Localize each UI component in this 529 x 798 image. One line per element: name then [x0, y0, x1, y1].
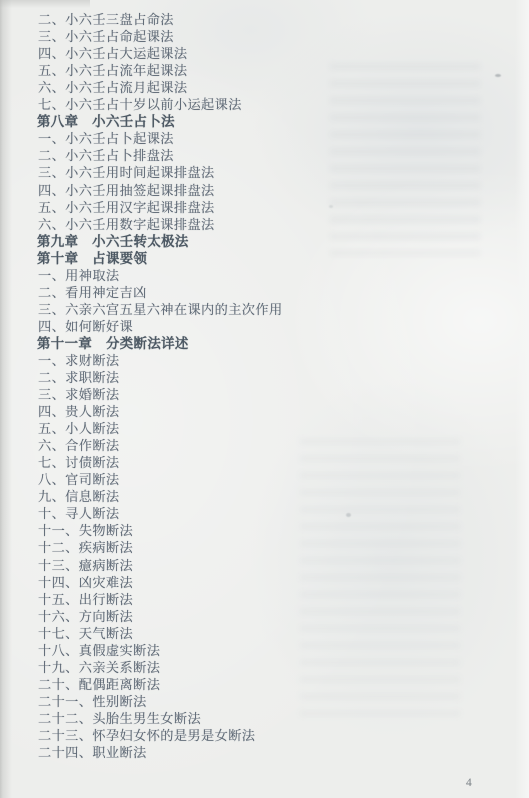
scan-speck — [495, 74, 501, 77]
toc-line: 一、小六壬占卜起课法 — [38, 129, 283, 146]
page-number: 4 — [466, 777, 472, 789]
toc-line: 十四、凶灾难法 — [38, 573, 283, 590]
toc-line: 十二、疾病断法 — [38, 538, 283, 555]
toc-list: 二、小六壬三盘占命法三、小六壬占命起课法四、小六壬占大运起课法五、小六壬占流年起… — [38, 10, 283, 760]
toc-line: 十七、天气断法 — [38, 624, 283, 641]
chapter-heading: 第十一章 分类断法详述 — [37, 334, 283, 351]
toc-line: 十一、失物断法 — [38, 521, 283, 538]
toc-line: 三、求婚断法 — [38, 385, 283, 402]
toc-line: 二十四、职业断法 — [38, 743, 283, 760]
toc-line: 二、求职断法 — [38, 368, 283, 385]
toc-line: 七、小六壬占十岁以前小运起课法 — [38, 95, 283, 112]
toc-line: 四、小六壬占大运起课法 — [38, 44, 283, 61]
toc-line: 十九、六亲关系断法 — [38, 658, 283, 675]
toc-line: 二十一、性别断法 — [38, 692, 283, 709]
scan-speck — [346, 513, 351, 517]
toc-line: 十五、出行断法 — [38, 590, 283, 607]
toc-line: 二、看用神定吉凶 — [38, 283, 283, 300]
toc-line: 六、小六壬用数字起课排盘法 — [38, 215, 283, 232]
page-left-edge-shadow — [0, 0, 12, 798]
scan-speck — [329, 205, 333, 208]
toc-line: 七、讨债断法 — [38, 453, 283, 470]
toc-line: 六、小六壬占流月起课法 — [38, 78, 283, 95]
toc-line: 三、小六壬占命起课法 — [38, 27, 283, 44]
toc-line: 九、信息断法 — [38, 487, 283, 504]
toc-line: 五、小六壬占流年起课法 — [38, 61, 283, 78]
toc-line: 二、小六壬占卜排盘法 — [38, 146, 283, 163]
toc-line: 十八、真假虚实断法 — [38, 641, 283, 658]
page-right-edge-highlight — [515, 0, 529, 798]
toc-line: 八、官司断法 — [38, 470, 283, 487]
toc-line: 十六、方向断法 — [38, 607, 283, 624]
scanned-book-page: 二、小六壬三盘占命法三、小六壬占命起课法四、小六壬占大运起课法五、小六壬占流年起… — [0, 0, 529, 798]
toc-line: 四、贵人断法 — [38, 402, 283, 419]
toc-line: 二十、配偶距离断法 — [38, 675, 283, 692]
toc-line: 十三、癔病断法 — [38, 556, 283, 573]
reverse-page-bleed-through — [300, 430, 460, 720]
toc-line: 四、小六壬用抽签起课排盘法 — [38, 180, 283, 197]
toc-line: 一、求财断法 — [38, 351, 283, 368]
toc-line: 三、六亲六宫五星六神在课内的主次作用 — [38, 300, 283, 317]
toc-line: 五、小人断法 — [38, 419, 283, 436]
toc-line: 四、如何断好课 — [38, 317, 283, 334]
toc-line: 二十三、怀孕妇女怀的是男是女断法 — [38, 726, 283, 743]
chapter-heading: 第九章 小六壬转太极法 — [37, 232, 283, 249]
toc-line: 一、用神取法 — [38, 266, 283, 283]
toc-line: 五、小六壬用汉字起课排盘法 — [38, 198, 283, 215]
toc-line: 二、小六壬三盘占命法 — [38, 10, 283, 27]
toc-line: 三、小六壬用时间起课排盘法 — [38, 163, 283, 180]
toc-line: 十、寻人断法 — [38, 504, 283, 521]
reverse-page-bleed-through — [330, 55, 480, 255]
toc-line: 六、合作断法 — [38, 436, 283, 453]
toc-line: 二十二、头胎生男生女断法 — [38, 709, 283, 726]
chapter-heading: 第八章 小六壬占卜法 — [37, 112, 283, 129]
page-top-edge-shadow — [0, 0, 90, 8]
chapter-heading: 第十章 占课要领 — [37, 249, 283, 266]
